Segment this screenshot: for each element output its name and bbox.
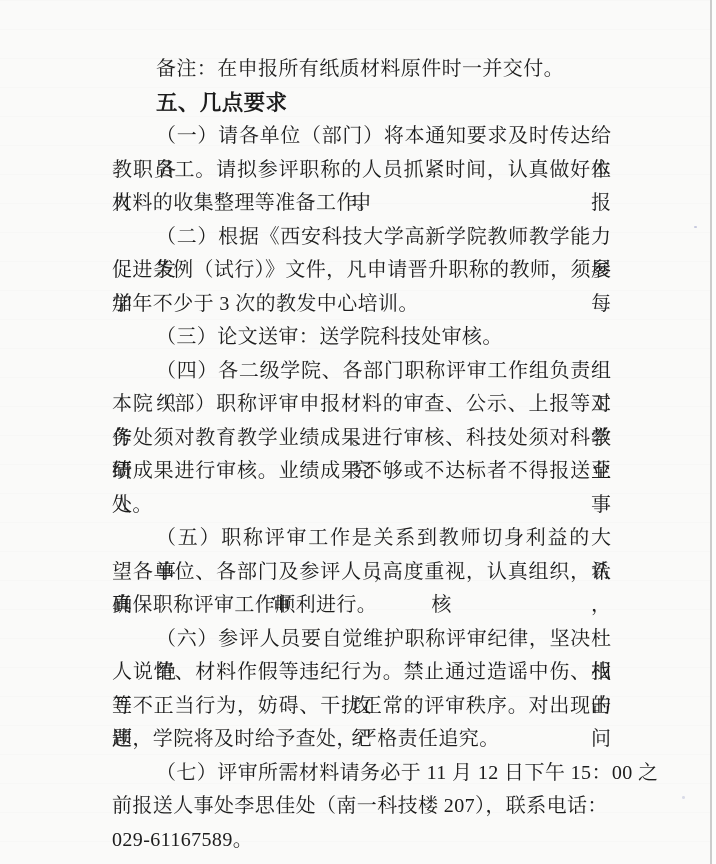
- section-heading: 五、几点要求: [112, 87, 611, 121]
- text-line: （二）根据《西安科技大学高新学院教师教学能力发展: [112, 221, 611, 255]
- text-line: 促进条例（试行）》文件，凡申请晋升职称的教师，须参加每: [112, 254, 611, 288]
- text-line: 本院（部）职称评审申报材料的审查、公示、上报等工作。教: [112, 388, 611, 422]
- page-edge-strip: [712, 0, 716, 864]
- text-line: 绩成果进行审核。业绩成果不够或不达标者不得报送至人事: [112, 455, 611, 489]
- note-line: 备注：在申报所有纸质材料原件时一并交付。: [112, 53, 611, 87]
- text-line: 教职员工。请拟参评职称的人员抓紧时间，认真做好本人申报: [112, 154, 611, 188]
- document-page: 备注：在申报所有纸质材料原件时一并交付。 五、几点要求 （一）请各单位（部门）将…: [0, 0, 716, 864]
- text-line: （六）参评人员要自觉维护职称评审纪律，坚决杜绝找: [112, 623, 611, 657]
- text-line: （五）职称评审工作是关系到教师切身利益的大事，希: [112, 522, 611, 556]
- contact-phone-line: 029-61167589。: [112, 824, 611, 858]
- document-body: 备注：在申报所有纸质材料原件时一并交付。 五、几点要求 （一）请各单位（部门）将…: [112, 53, 611, 857]
- text-line: 前报送人事处李思佳处（南一科技楼 207），联系电话：: [112, 790, 611, 824]
- text-line: 人说情、材料作假等违纪行为。禁止通过造谣中伤、相互攻击: [112, 656, 611, 690]
- text-line: 务处须对教育教学业绩成果进行审核、科技处须对科学研究业: [112, 422, 611, 456]
- scan-speck: [694, 226, 697, 228]
- text-line: （一）请各单位（部门）将本通知要求及时传达给各位: [112, 120, 611, 154]
- text-line: （七）评审所需材料请务必于 11 月 12 日下午 15：00 之: [112, 757, 611, 791]
- text-line: （三）论文送审：送学院科技处审核。: [112, 321, 611, 355]
- text-line: （四）各二级学院、各部门职称评审工作组负责组织对: [112, 355, 611, 389]
- text-line: 望各单位、各部门及参评人员高度重视，认真组织，认真审核，: [112, 556, 611, 590]
- scan-speck: [682, 796, 685, 799]
- text-line: 等不正当行为，妨碍、干扰正常的评审秩序。对出现的违纪问: [112, 690, 611, 724]
- page-edge-line: [710, 0, 712, 864]
